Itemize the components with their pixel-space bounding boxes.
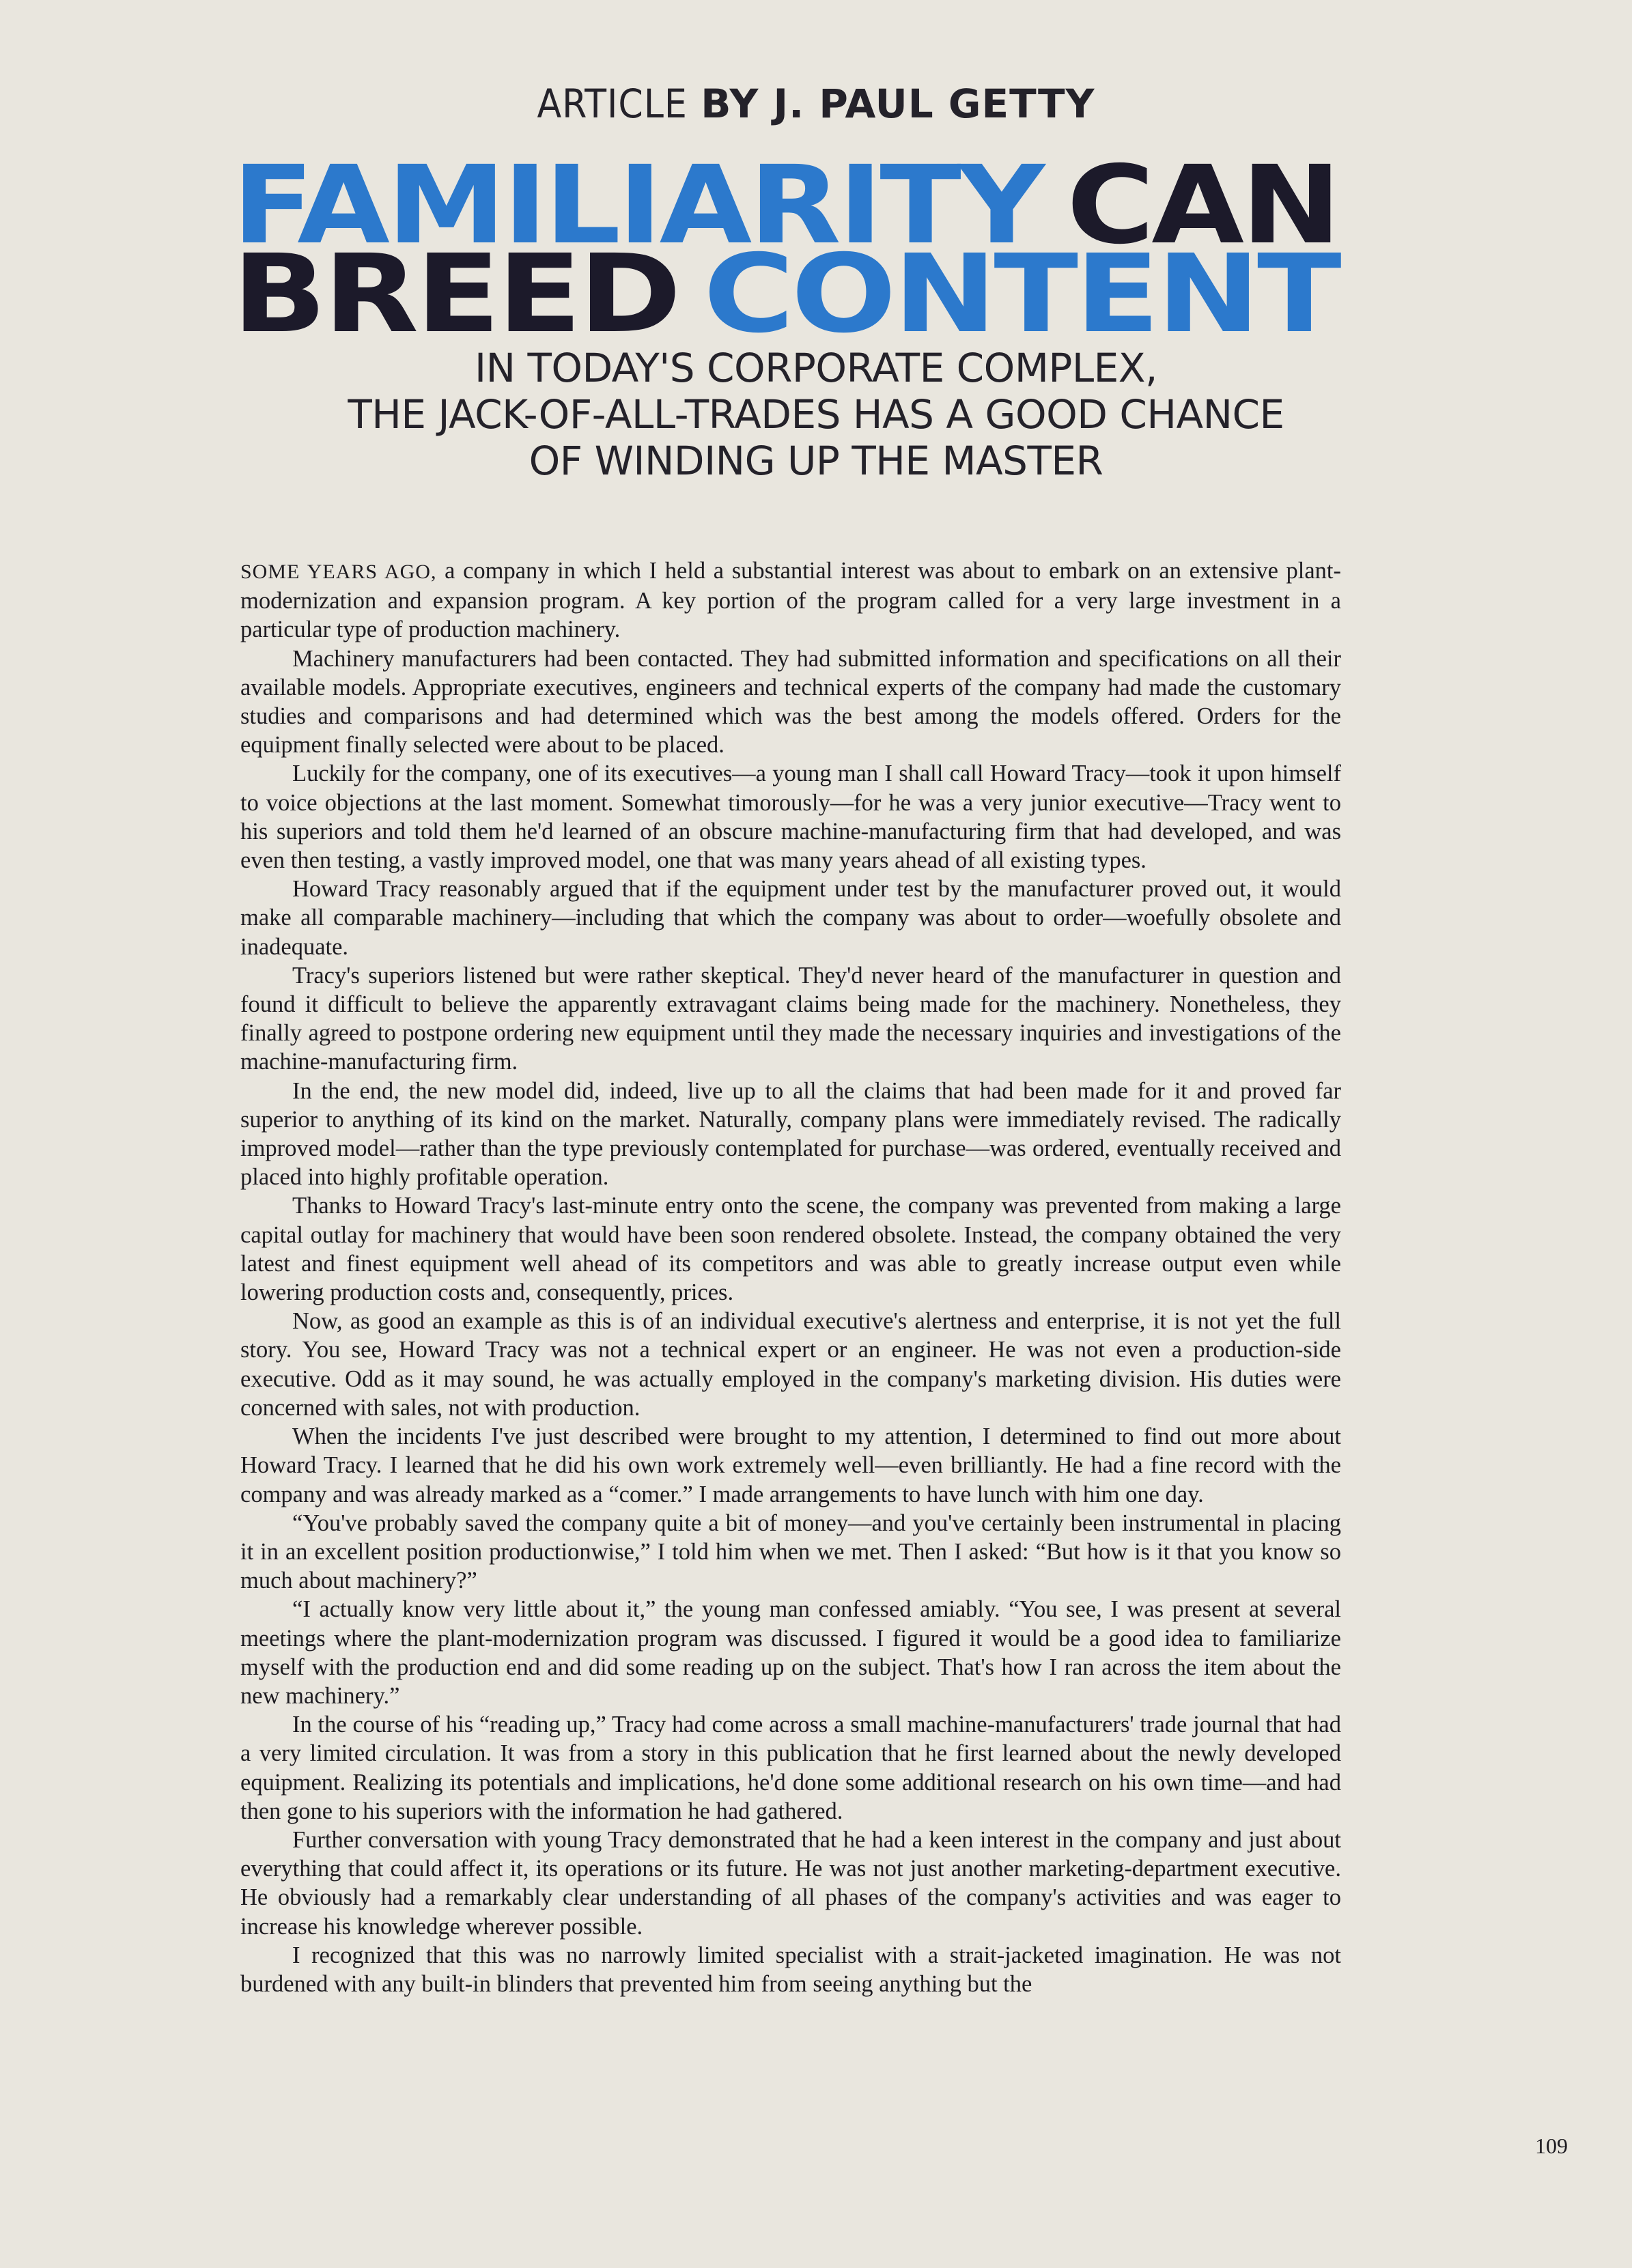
article-paragraph: Luckily for the company, one of its exec… [240,759,1341,875]
subtitle-line: THE JACK-OF-ALL-TRADES HAS A GOOD CHANCE [0,391,1632,438]
article-paragraph: “You've probably saved the company quite… [240,1509,1341,1596]
article-paragraph: Now, as good an example as this is of an… [240,1307,1341,1422]
article-paragraph: Tracy's superiors listened but were rath… [240,961,1341,1077]
subtitle-line: OF WINDING UP THE MASTER [0,438,1632,484]
article-paragraph: Machinery manufacturers had been contact… [240,644,1341,760]
subtitle-line: IN TODAY'S CORPORATE COMPLEX, [0,345,1632,391]
byline: ARTICLE BY J. PAUL GETTY [0,81,1632,127]
article-body: SOME YEARS AGO, a company in which I hel… [240,556,1341,1998]
article-paragraph: SOME YEARS AGO, a company in which I hel… [240,556,1341,644]
headline-word: CONTENT [703,240,1338,348]
subtitle: IN TODAY'S CORPORATE COMPLEX, THE JACK-O… [0,345,1632,484]
article-paragraph: In the end, the new model did, indeed, l… [240,1077,1341,1192]
article-paragraph: Further conversation with young Tracy de… [240,1826,1341,1941]
article-paragraph: I recognized that this was no narrowly l… [240,1941,1341,1998]
lead-in: SOME YEARS AGO, [240,561,436,583]
article-paragraph: Howard Tracy reasonably argued that if t… [240,875,1341,961]
byline-prefix: ARTICLE [537,81,687,127]
article-paragraph: Thanks to Howard Tracy's last-minute ent… [240,1191,1341,1307]
article-paragraph: When the incidents I've just described w… [240,1422,1341,1509]
headline-word: BREED [232,240,678,348]
article-paragraph: In the course of his “reading up,” Tracy… [240,1710,1341,1826]
headline-line-2: BREED CONTENT [232,240,1338,348]
byline-author: BY J. PAUL GETTY [701,81,1095,127]
article-paragraph: “I actually know very little about it,” … [240,1595,1341,1710]
page-number: 109 [1535,2134,1568,2159]
